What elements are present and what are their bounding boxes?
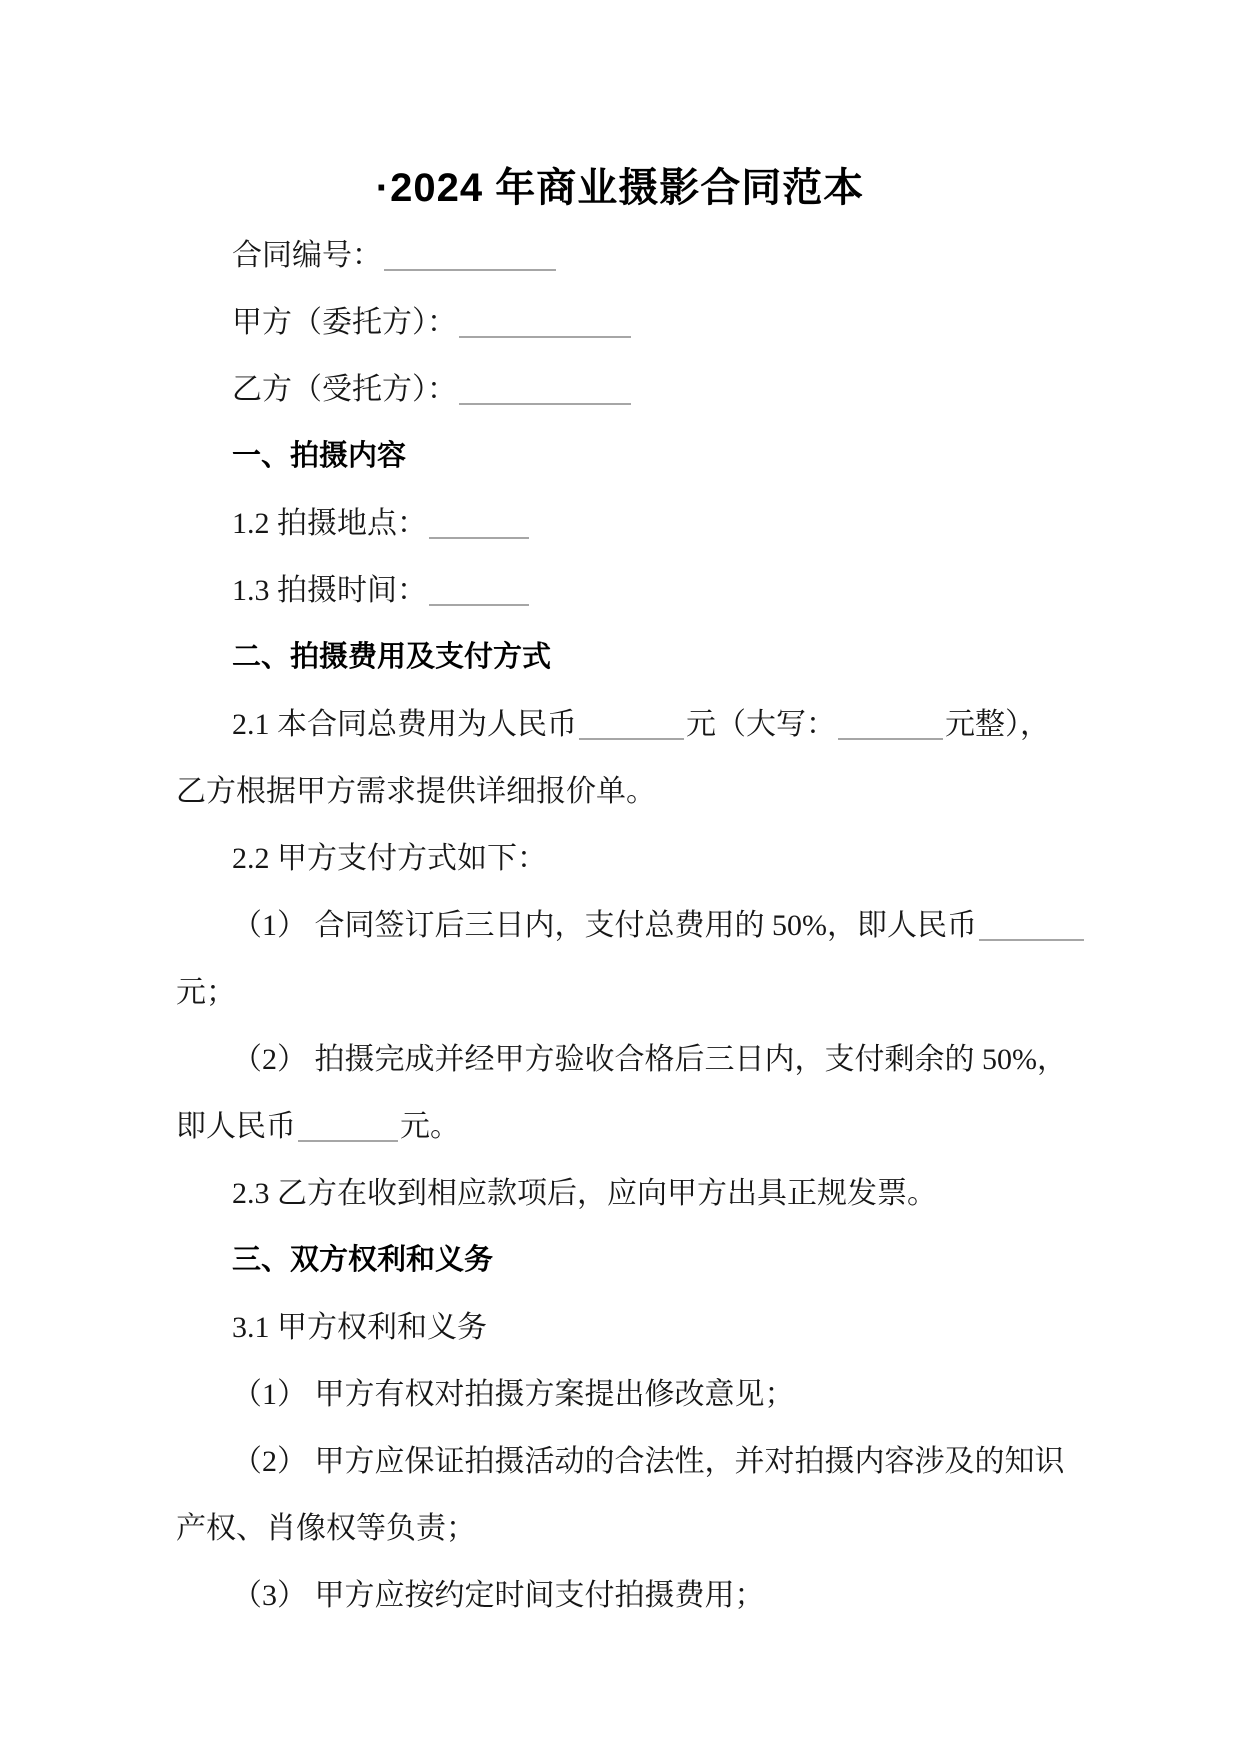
text-run: 合同编号： [232, 239, 382, 272]
text-run: 甲方（委托方）： [232, 306, 457, 339]
blank-field [429, 574, 529, 606]
text-run: 二、拍摄费用及支付方式 [232, 641, 551, 673]
paragraph-line: 2.1 本合同总费用为人民币元（大写：元整）， [176, 691, 1076, 758]
text-run: 元。 [400, 1110, 460, 1143]
paragraph-line: 即人民币元。 [176, 1093, 1076, 1160]
paragraph-line: 乙方（受托方）： [176, 356, 1076, 423]
paragraph-line: 3.1 甲方权利和义务 [176, 1294, 1076, 1361]
text-run: 3.1 甲方权利和义务 [232, 1311, 487, 1344]
paragraph-line: 1.2 拍摄地点： [176, 490, 1076, 557]
section-heading: 一、拍摄内容 [176, 423, 1076, 490]
blank-field [459, 306, 631, 338]
paragraph-line: （3） 甲方应按约定时间支付拍摄费用； [176, 1562, 1076, 1629]
blank-field [384, 239, 556, 271]
text-run: 1.2 拍摄地点： [232, 507, 427, 540]
text-run: 三、双方权利和义务 [232, 1244, 493, 1276]
text-run: （1） 合同签订后三日内，支付总费用的 50%，即人民币 [232, 909, 977, 942]
paragraph-line: （2） 拍摄完成并经甲方验收合格后三日内，支付剩余的 50%， [176, 1026, 1076, 1093]
paragraph-line: （2） 甲方应保证拍摄活动的合法性，并对拍摄内容涉及的知识 [176, 1428, 1076, 1495]
blank-field [459, 373, 631, 405]
blank-field [298, 1110, 398, 1142]
text-run: （2） 拍摄完成并经甲方验收合格后三日内，支付剩余的 50%， [232, 1043, 1067, 1076]
text-run: 元整）， [945, 708, 1050, 741]
text-run: 产权、肖像权等负责； [176, 1512, 476, 1545]
section-heading: 三、双方权利和义务 [176, 1227, 1076, 1294]
text-run: 即人民币 [176, 1110, 296, 1143]
blank-field [429, 507, 529, 539]
text-run: 2.2 甲方支付方式如下： [232, 842, 547, 875]
blank-field [579, 708, 684, 740]
section-heading: 二、拍摄费用及支付方式 [176, 624, 1076, 691]
text-run: （1） 甲方有权对拍摄方案提出修改意见； [232, 1378, 795, 1411]
paragraph-line: 元； [176, 959, 1076, 1026]
paragraph-line: （1） 合同签订后三日内，支付总费用的 50%，即人民币 [176, 892, 1076, 959]
text-run: 元； [176, 976, 236, 1009]
paragraph-line: 乙方根据甲方需求提供详细报价单。 [176, 758, 1076, 825]
text-run: 乙方根据甲方需求提供详细报价单。 [176, 775, 656, 808]
contract-document-page: ·2024 年商业摄影合同范本 合同编号：甲方（委托方）：乙方（受托方）：一、拍… [0, 0, 1240, 1753]
paragraph-line: 产权、肖像权等负责； [176, 1495, 1076, 1562]
text-run: 元（大写： [686, 708, 836, 741]
text-run: 2.1 本合同总费用为人民币 [232, 708, 577, 741]
blank-field [979, 909, 1084, 941]
blank-field [838, 708, 943, 740]
paragraph-line: 2.2 甲方支付方式如下： [176, 825, 1076, 892]
text-run: 一、拍摄内容 [232, 440, 406, 472]
document-title: ·2024 年商业摄影合同范本 [0, 160, 1240, 216]
paragraph-line: 1.3 拍摄时间： [176, 557, 1076, 624]
text-run: 2.3 乙方在收到相应款项后，应向甲方出具正规发票。 [232, 1177, 937, 1210]
paragraph-line: 合同编号： [176, 222, 1076, 289]
document-body: 合同编号：甲方（委托方）：乙方（受托方）：一、拍摄内容1.2 拍摄地点：1.3 … [176, 222, 1076, 1629]
text-run: （2） 甲方应保证拍摄活动的合法性，并对拍摄内容涉及的知识 [232, 1445, 1065, 1478]
text-run: （3） 甲方应按约定时间支付拍摄费用； [232, 1579, 765, 1612]
paragraph-line: 甲方（委托方）： [176, 289, 1076, 356]
text-run: 1.3 拍摄时间： [232, 574, 427, 607]
paragraph-line: 2.3 乙方在收到相应款项后，应向甲方出具正规发票。 [176, 1160, 1076, 1227]
paragraph-line: （1） 甲方有权对拍摄方案提出修改意见； [176, 1361, 1076, 1428]
text-run: 乙方（受托方）： [232, 373, 457, 406]
